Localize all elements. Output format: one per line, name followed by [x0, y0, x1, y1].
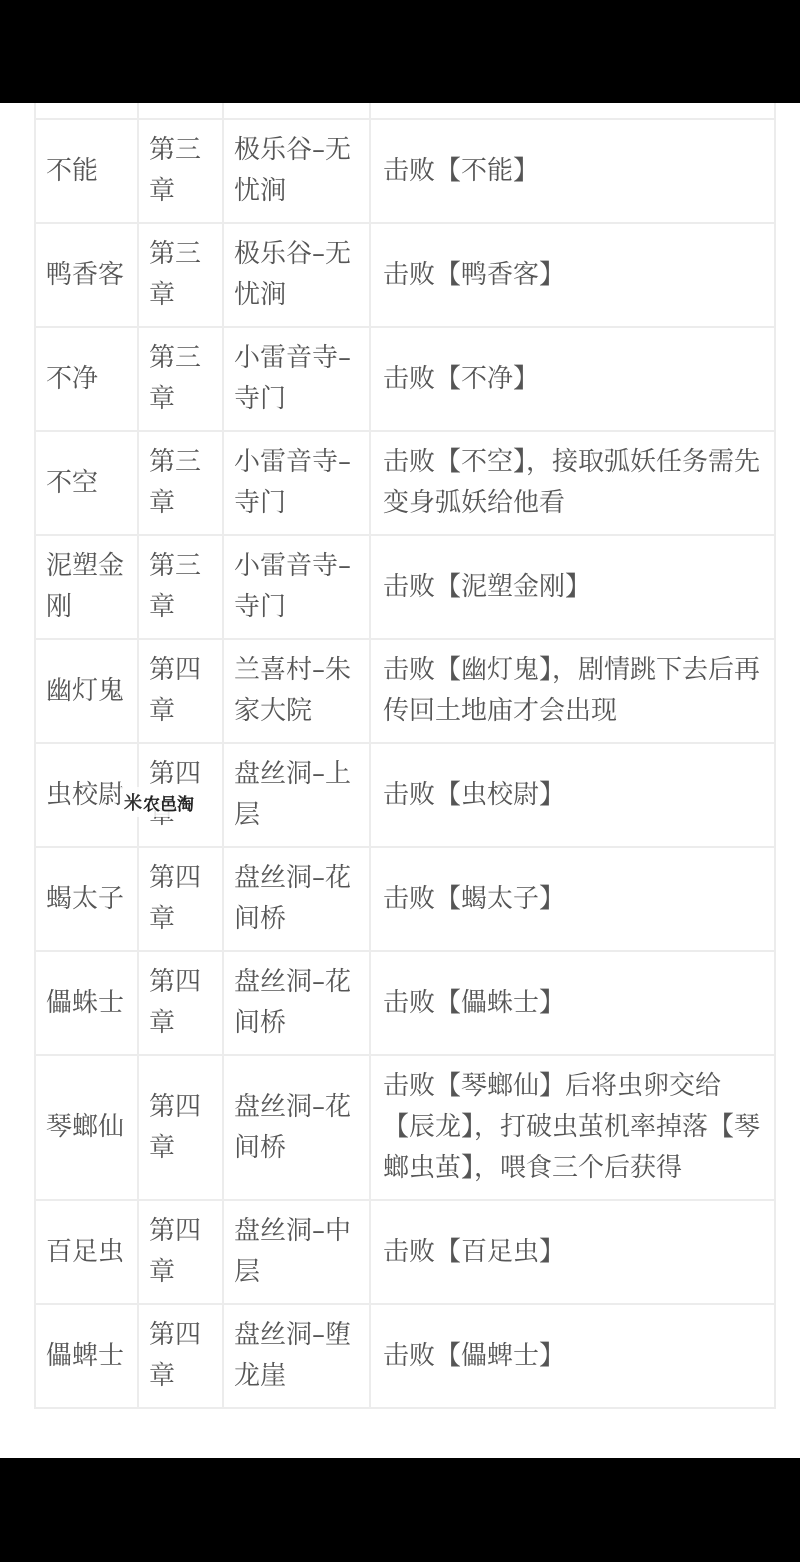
cell-location: 盘丝洞–花间桥	[223, 951, 370, 1055]
table-row-partial	[35, 103, 775, 119]
cell-condition: 击败【鸭香客】	[370, 223, 775, 327]
cell-chapter: 第三章	[138, 327, 223, 431]
cell-condition: 击败【儡蛛士】	[370, 951, 775, 1055]
cell-condition: 击败【幽灯鬼】，剧情跳下去后再传回土地庙才会出现	[370, 639, 775, 743]
cell-location: 极乐谷–无忧涧	[223, 119, 370, 223]
document-page: 不能第三章极乐谷–无忧涧击败【不能】 鸭香客第三章极乐谷–无忧涧击败【鸭香客】 …	[0, 103, 800, 1458]
cell-location: 兰喜村–朱家大院	[223, 639, 370, 743]
cell-condition: 击败【不能】	[370, 119, 775, 223]
cell-location: 盘丝洞–中层	[223, 1200, 370, 1304]
cell-name: 鸭香客	[35, 223, 138, 327]
table-row: 不能第三章极乐谷–无忧涧击败【不能】	[35, 119, 775, 223]
cell-name: 幽灯鬼	[35, 639, 138, 743]
watermark: 米 农邑淘	[120, 787, 198, 817]
cell-chapter: 第四章	[138, 1200, 223, 1304]
cell-chapter: 第三章	[138, 223, 223, 327]
cell-location: 盘丝洞–花间桥	[223, 1055, 370, 1200]
table-row: 不空第三章小雷音寺–寺门击败【不空】，接取弧妖任务需先变身弧妖给他看	[35, 431, 775, 535]
cell-chapter: 第四章	[138, 1055, 223, 1200]
cell-condition: 击败【百足虫】	[370, 1200, 775, 1304]
cell-condition: 击败【不净】	[370, 327, 775, 431]
cell-chapter: 第四章	[138, 951, 223, 1055]
cell-name: 泥塑金刚	[35, 535, 138, 639]
cell-chapter: 第三章	[138, 431, 223, 535]
table-row: 琴螂仙第四章盘丝洞–花间桥击败【琴螂仙】后将虫卵交给【辰龙】，打破虫茧机率掉落【…	[35, 1055, 775, 1200]
cell-name: 儡蛛士	[35, 951, 138, 1055]
cell-name: 儡蜱士	[35, 1304, 138, 1408]
watermark-logo-icon: 米	[124, 789, 141, 815]
cell-chapter: 第四章	[138, 1304, 223, 1408]
cell-location: 小雷音寺–寺门	[223, 327, 370, 431]
cell-condition: 击败【儡蜱士】	[370, 1304, 775, 1408]
cell-name: 不空	[35, 431, 138, 535]
table-row: 泥塑金刚第三章小雷音寺–寺门击败【泥塑金刚】	[35, 535, 775, 639]
table-row: 儡蜱士第四章盘丝洞–堕龙崖击败【儡蜱士】	[35, 1304, 775, 1408]
cell-location: 小雷音寺–寺门	[223, 431, 370, 535]
table-row: 幽灯鬼第四章兰喜村–朱家大院击败【幽灯鬼】，剧情跳下去后再传回土地庙才会出现	[35, 639, 775, 743]
cell-name: 蝎太子	[35, 847, 138, 951]
cell-location: 盘丝洞–花间桥	[223, 847, 370, 951]
cell-chapter: 第四章	[138, 639, 223, 743]
cell-chapter: 第三章	[138, 119, 223, 223]
cell-location: 盘丝洞–上层	[223, 743, 370, 847]
cell-condition: 击败【虫校尉】	[370, 743, 775, 847]
cell-condition: 击败【泥塑金刚】	[370, 535, 775, 639]
cell-name: 不能	[35, 119, 138, 223]
cell-location: 极乐谷–无忧涧	[223, 223, 370, 327]
boss-table: 不能第三章极乐谷–无忧涧击败【不能】 鸭香客第三章极乐谷–无忧涧击败【鸭香客】 …	[34, 103, 776, 1409]
bottom-black-bar	[0, 1458, 800, 1562]
table-row: 鸭香客第三章极乐谷–无忧涧击败【鸭香客】	[35, 223, 775, 327]
cell-location: 小雷音寺–寺门	[223, 535, 370, 639]
top-black-bar	[0, 0, 800, 103]
table-row: 儡蛛士第四章盘丝洞–花间桥击败【儡蛛士】	[35, 951, 775, 1055]
cell-name: 百足虫	[35, 1200, 138, 1304]
table-row: 蝎太子第四章盘丝洞–花间桥击败【蝎太子】	[35, 847, 775, 951]
cell-condition: 击败【蝎太子】	[370, 847, 775, 951]
cell-chapter: 第三章	[138, 535, 223, 639]
table-row: 百足虫第四章盘丝洞–中层击败【百足虫】	[35, 1200, 775, 1304]
cell-name: 琴螂仙	[35, 1055, 138, 1200]
table-row: 不净第三章小雷音寺–寺门击败【不净】	[35, 327, 775, 431]
cell-condition: 击败【琴螂仙】后将虫卵交给【辰龙】，打破虫茧机率掉落【琴螂虫茧】，喂食三个后获得	[370, 1055, 775, 1200]
cell-chapter: 第四章	[138, 847, 223, 951]
cell-location: 盘丝洞–堕龙崖	[223, 1304, 370, 1408]
watermark-text: 农邑淘	[143, 790, 194, 815]
cell-condition: 击败【不空】，接取弧妖任务需先变身弧妖给他看	[370, 431, 775, 535]
cell-name: 不净	[35, 327, 138, 431]
